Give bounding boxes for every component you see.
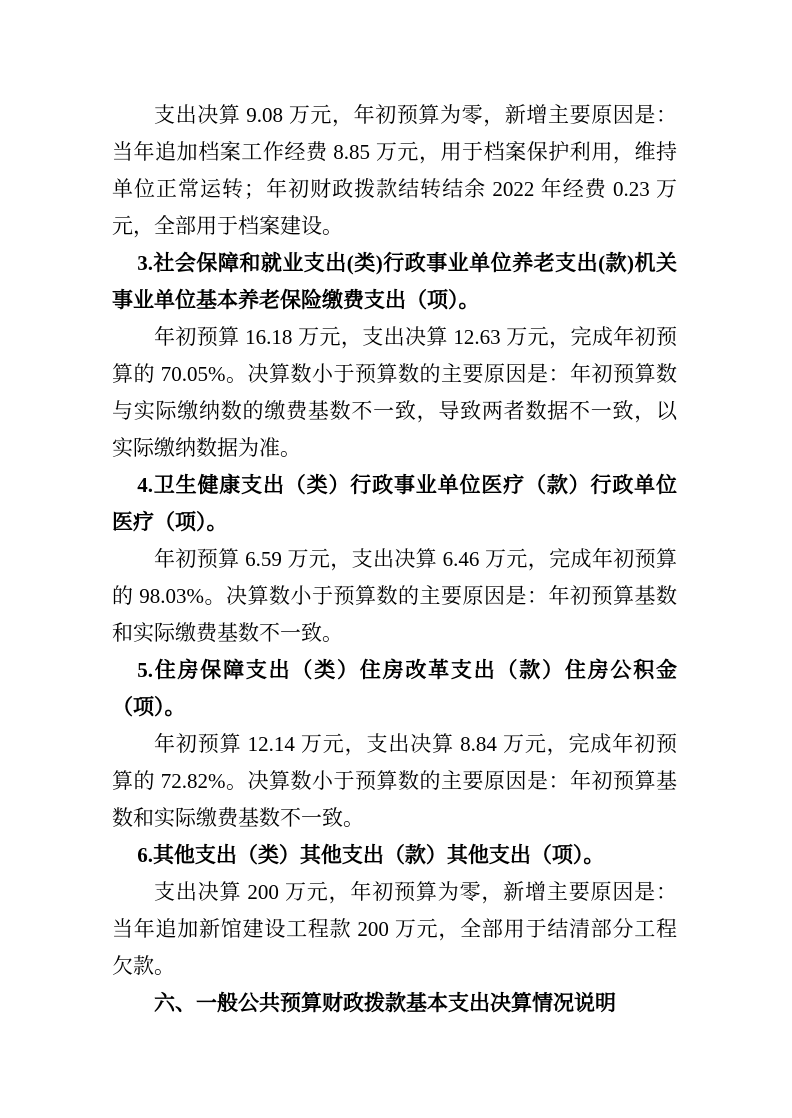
heading-item-6-other: 6.其他支出（类）其他支出（款）其他支出（项）。 — [112, 837, 677, 874]
section-heading-basic-expenditure-explanation: 六、一般公共预算财政拨款基本支出决算情况说明 — [112, 985, 677, 1022]
paragraph-archive-funding: 支出决算 9.08 万元，年初预算为零，新增主要原因是：当年追加档案工作经费 8… — [112, 97, 677, 245]
paragraph-item-3-detail: 年初预算 16.18 万元，支出决算 12.63 万元，完成年初预算的 70.0… — [112, 319, 677, 467]
heading-item-3-social-security-employment: 3.社会保障和就业支出(类)行政事业单位养老支出(款)机关事业单位基本养老保险缴… — [112, 245, 677, 319]
heading-item-4-health: 4.卫生健康支出（类）行政事业单位医疗（款）行政单位医疗（项）。 — [112, 467, 677, 541]
paragraph-item-5-detail: 年初预算 12.14 万元，支出决算 8.84 万元，完成年初预算的 72.82… — [112, 726, 677, 837]
document-page: 支出决算 9.08 万元，年初预算为零，新增主要原因是：当年追加档案工作经费 8… — [0, 0, 792, 1118]
paragraph-item-4-detail: 年初预算 6.59 万元，支出决算 6.46 万元，完成年初预算的 98.03%… — [112, 541, 677, 652]
heading-item-5-housing: 5.住房保障支出（类）住房改革支出（款）住房公积金（项）。 — [112, 652, 677, 726]
paragraph-item-6-detail: 支出决算 200 万元，年初预算为零，新增主要原因是：当年追加新馆建设工程款 2… — [112, 874, 677, 985]
